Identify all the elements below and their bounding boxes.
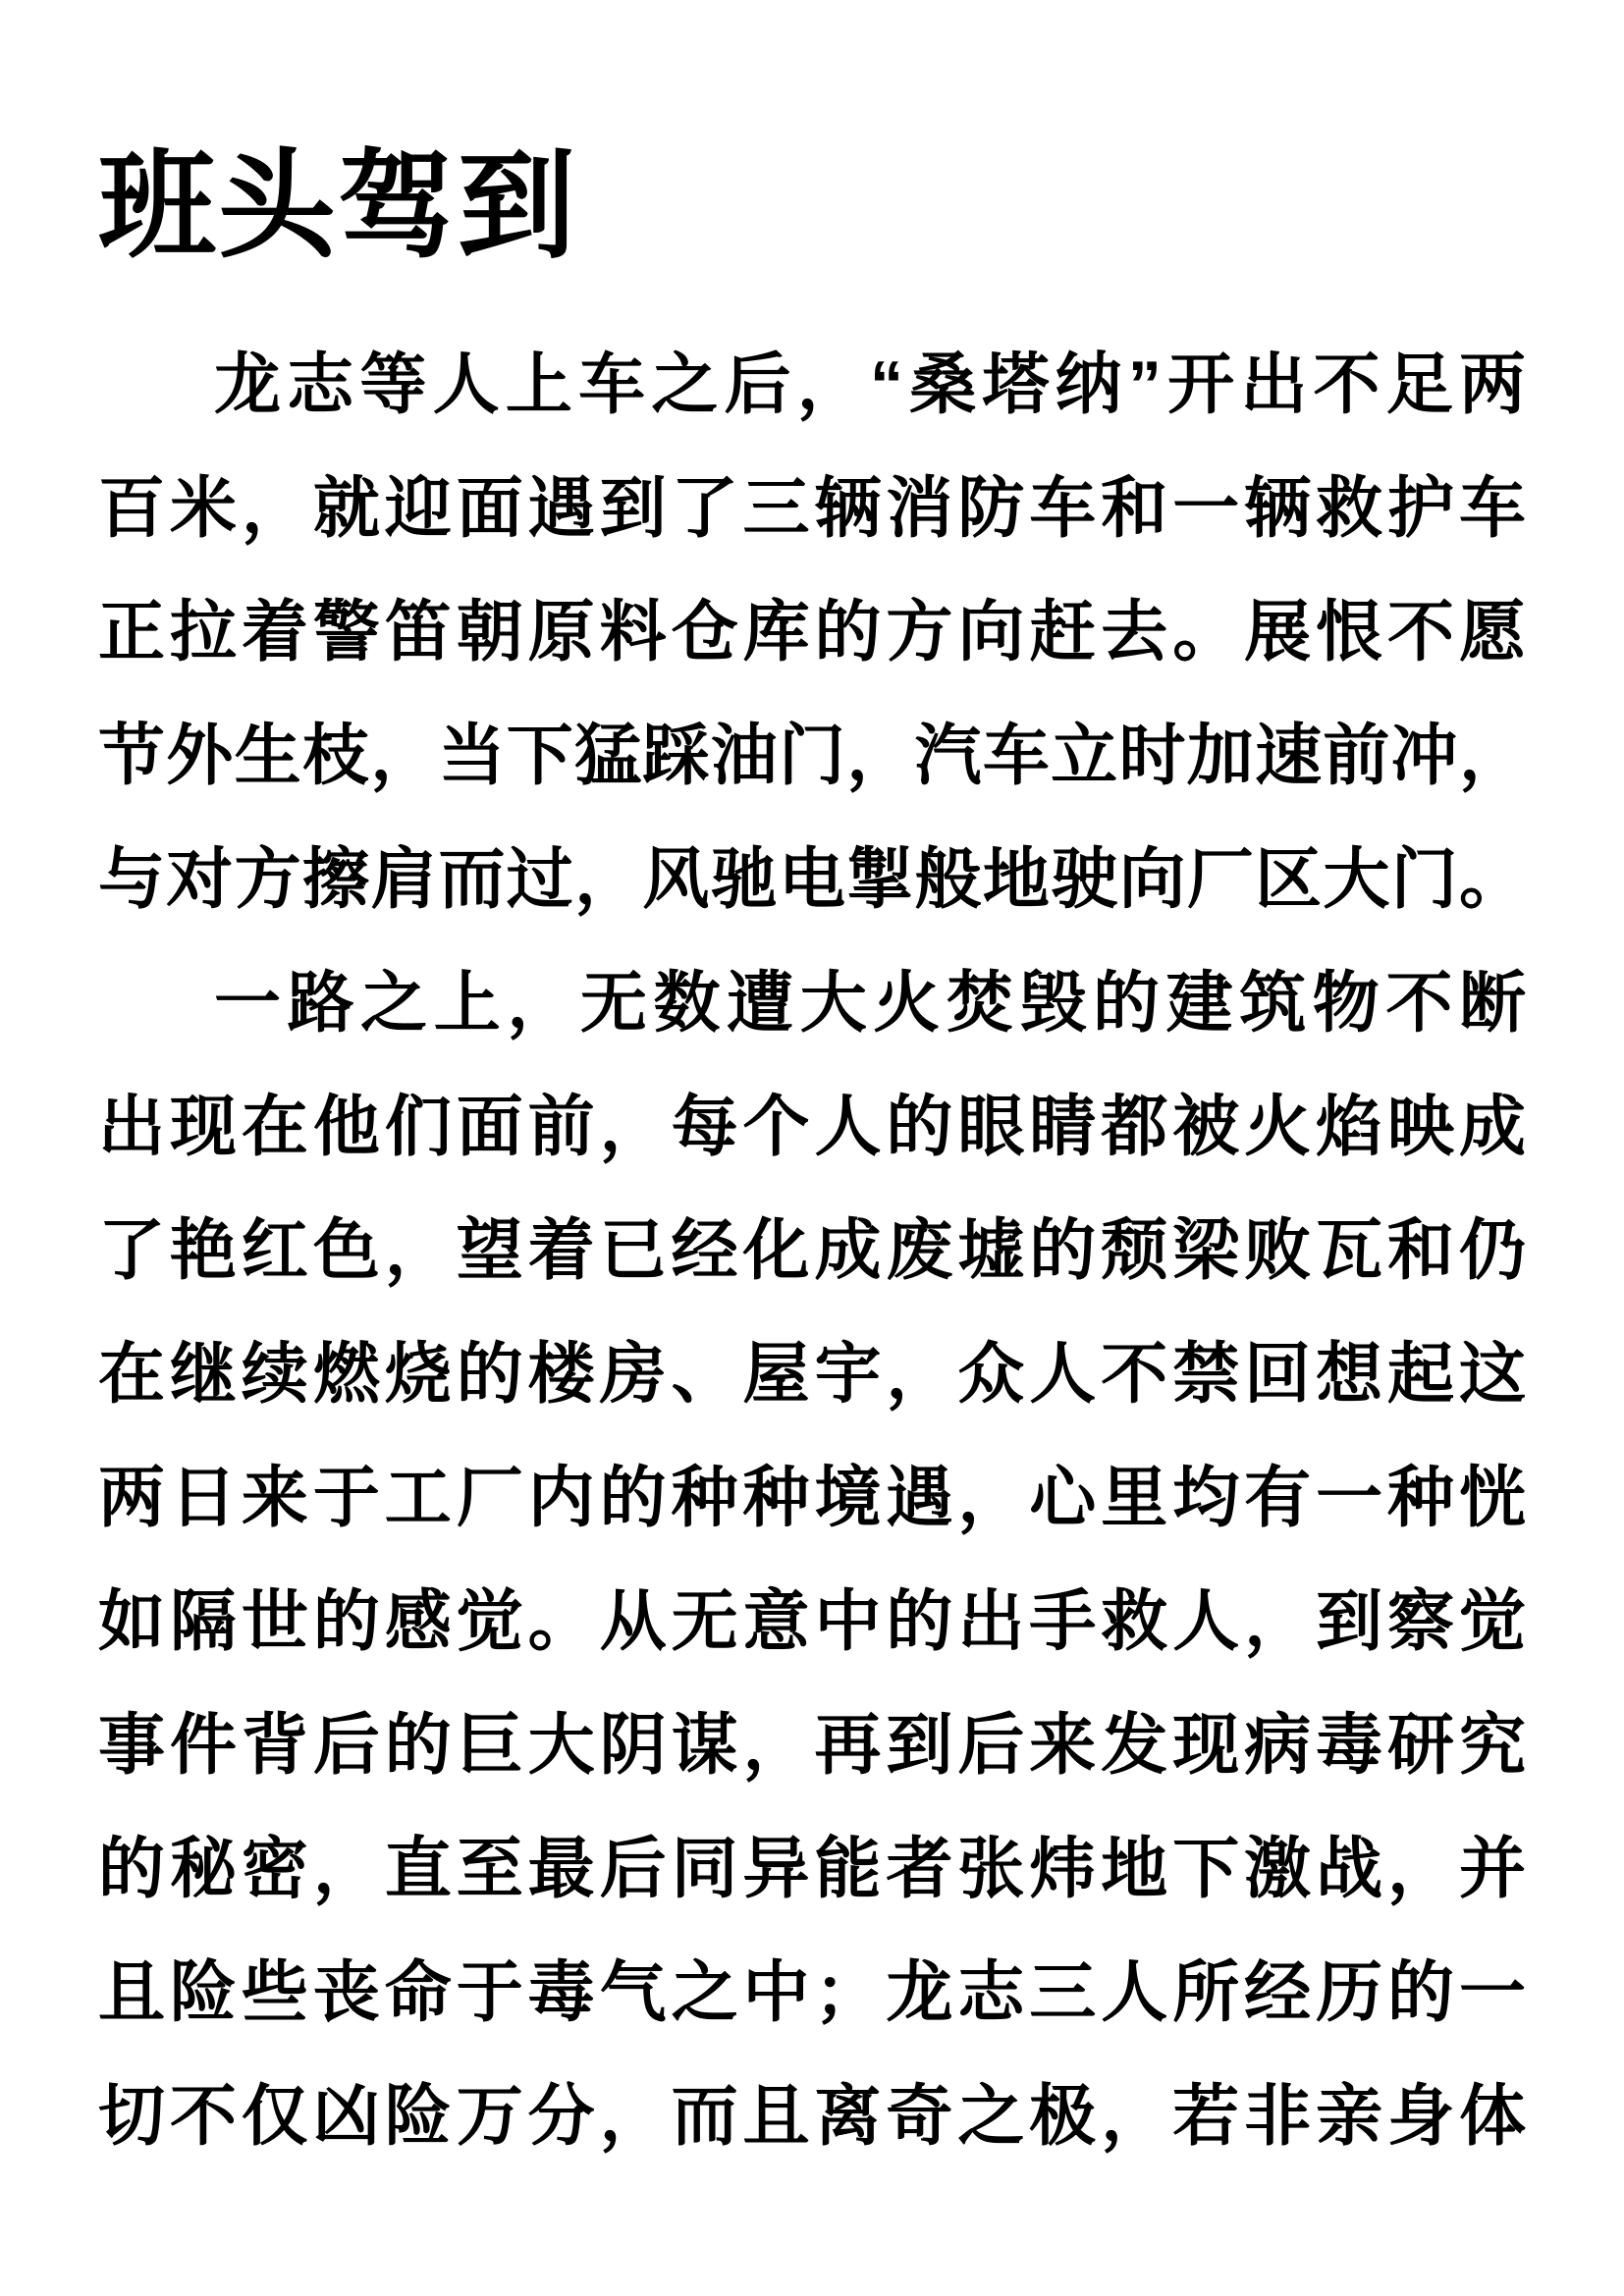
- paragraph-1: 龙志等人上车之后，“桑塔纳”开出不足两 百米，就迎面遇到了三辆消防车和一辆救护车…: [98, 323, 1526, 941]
- text-line: 在继续燃烧的楼房、屋宇，众人不禁回想起这: [98, 1312, 1526, 1436]
- text-line: 两日来于工厂内的种种境遇，心里均有一种恍: [98, 1436, 1526, 1560]
- text-line: 龙志等人上车之后，“桑塔纳”开出不足两: [98, 323, 1526, 447]
- paragraph-2: 一路之上，无数遭大火焚毁的建筑物不断 出现在他们面前，每个人的眼睛都被火焰映成 …: [98, 941, 1526, 2178]
- text-line: 一路之上，无数遭大火焚毁的建筑物不断: [98, 941, 1526, 1065]
- text-line: 了艳红色，望着已经化成废墟的颓梁败瓦和仍: [98, 1189, 1526, 1312]
- text-line: 百米，就迎面遇到了三辆消防车和一辆救护车: [98, 447, 1526, 570]
- text-line: 切不仅凶险万分，而且离奇之极，若非亲身体: [98, 2055, 1526, 2178]
- text-line: 的秘密，直至最后同异能者张炜地下激战，并: [98, 1807, 1526, 1931]
- text-line: 事件背后的巨大阴谋，再到后来发现病毒研究: [98, 1683, 1526, 1807]
- text-line: 且险些丧命于毒气之中；龙志三人所经历的一: [98, 1931, 1526, 2055]
- book-page: 班头驾到 龙志等人上车之后，“桑塔纳”开出不足两 百米，就迎面遇到了三辆消防车和…: [0, 0, 1624, 2296]
- text-line: 正拉着警笛朝原料仓库的方向赶去。展恨不愿: [98, 570, 1526, 694]
- chapter-title: 班头驾到: [98, 147, 1526, 265]
- text-line: 如隔世的感觉。从无意中的出手救人，到察觉: [98, 1560, 1526, 1683]
- text-line: 节外生枝，当下猛踩油门，汽车立时加速前冲，: [98, 694, 1526, 818]
- text-line: 与对方擦肩而过，风驰电掣般地驶向厂区大门。: [98, 818, 1526, 941]
- text-line: 出现在他们面前，每个人的眼睛都被火焰映成: [98, 1065, 1526, 1189]
